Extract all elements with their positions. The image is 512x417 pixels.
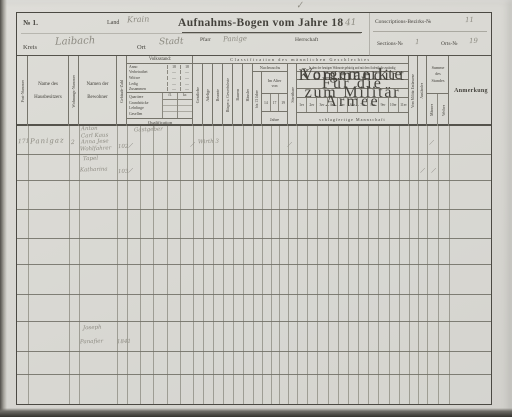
- grid-line-vertical: [213, 126, 214, 404]
- class-col-geistliche: Geistliche: [193, 64, 203, 126]
- entry-year: 1841: [117, 339, 131, 345]
- summe-block: Summe des Standes Männer Weiber: [427, 56, 449, 126]
- conscription-label: Conscriptions-Bezirks-№: [375, 19, 431, 25]
- form-title-wrap: Aufnahms-Bogen vom Jahre 18 41: [167, 15, 367, 30]
- tally-mark: ∕: [129, 166, 132, 175]
- nachwuchs-title: Nachwuchs: [260, 65, 280, 70]
- form-title: Aufnahms-Bogen vom Jahre 18: [178, 17, 344, 29]
- age-class: 4er: [328, 98, 338, 112]
- col-residents: Namen der Bewohner: [79, 56, 117, 126]
- money-col-kr: kr.: [178, 93, 192, 99]
- nachwuchs-ages: 14 17 19: [262, 94, 288, 112]
- volksstand-title: Volksstand:: [149, 57, 171, 62]
- classification-title: Classification des männlichen Geschlecht…: [230, 57, 371, 62]
- age-class: 5er: [338, 98, 348, 112]
- col-dwelling-number-label: Wohnungs-Nummer: [71, 75, 76, 108]
- scan-edge-left: [0, 0, 7, 417]
- year-value: 41: [344, 17, 356, 27]
- stat-value: —: [167, 70, 180, 74]
- class-col-adelige: Adelige: [203, 64, 213, 126]
- money-labels: Quartiere Grundstücke Lehrlinge Gesellen: [129, 95, 161, 118]
- grid-line-vertical: [358, 126, 359, 404]
- summe-title-cell: Summe des Standes: [427, 56, 449, 94]
- land-value: Krain: [127, 15, 150, 25]
- grid-line-horizontal: [17, 238, 491, 239]
- age-class-row: 1er 2er 3er 4er 5er 6er 7er 8er 9er 10er…: [297, 98, 409, 113]
- orts-value: 19: [469, 37, 478, 45]
- grid-line-vertical: [253, 126, 254, 404]
- stat-label: Anno: [127, 65, 167, 69]
- age-class: 2er: [307, 98, 317, 112]
- class-col-label: Beamte: [215, 89, 220, 101]
- age-class: 3er: [317, 98, 327, 112]
- summe-female-label: Weiber: [442, 105, 446, 116]
- grid-line-vertical: [399, 126, 400, 404]
- age-class: 1er: [297, 98, 307, 112]
- grid-line-vertical: [409, 126, 410, 404]
- entry-trade: Wirth 3: [198, 139, 219, 146]
- header-right-divider: [369, 13, 370, 56]
- grid-line-vertical: [368, 126, 369, 404]
- grid-line-vertical: [427, 126, 428, 404]
- age-class: 7er: [358, 98, 368, 112]
- nachwuchs-age: 14: [262, 94, 271, 111]
- age-class: 11er: [399, 98, 408, 112]
- grid-line-vertical: [438, 126, 439, 404]
- summe-title: Summe des Standes: [429, 65, 447, 84]
- conscription-underline: [373, 31, 487, 32]
- stat-row: Wittwe — —: [127, 75, 193, 81]
- tally-mark: ∕: [432, 166, 435, 175]
- age-class: 8er: [368, 98, 378, 112]
- nachwuchs-title-cell: Nachwuchs: [253, 64, 288, 72]
- ort-value: Stadt: [159, 37, 184, 48]
- land-label: Land: [107, 20, 119, 26]
- grid-line-vertical: [79, 126, 80, 404]
- stat-label: Zusammen: [127, 87, 167, 91]
- volksstand-block: Volksstand: Anno 18 18 Verheirathet — — …: [127, 56, 193, 126]
- mannschaft-label: schlagfertige Mannschaft: [319, 117, 385, 122]
- money-grid-line: [163, 111, 192, 112]
- money-grid-line: [177, 99, 178, 118]
- title-underline: [182, 32, 362, 33]
- col-residents-label: Namen der Bewohner: [82, 78, 114, 104]
- kreis-label: Kreis: [23, 44, 37, 51]
- money-table: fl. kr.: [162, 93, 192, 119]
- table-body: 171 Panigaz 2 Anton Carl Kaus Anna Jese …: [17, 126, 491, 404]
- col-building-number-label: Gebäude-Zahl: [119, 80, 124, 103]
- class-col-label: Geistliche: [195, 87, 200, 103]
- money-label: Gesellen: [129, 112, 161, 118]
- nachwuchs-sub-cell: Im Alter von: [262, 72, 288, 94]
- entry-resident: Anna Jese: [81, 139, 109, 146]
- grid-line-vertical: [449, 126, 450, 404]
- handwritten-checkmark: ✓: [295, 0, 304, 11]
- form-sheet: № 1. Land Krain Kreis Laibach Ort Stadt …: [16, 12, 492, 405]
- entry-resident: Tapel: [83, 156, 98, 163]
- kreis-value: Laibach: [55, 35, 96, 47]
- form-header: № 1. Land Krain Kreis Laibach Ort Stadt …: [17, 13, 491, 56]
- herrschaft-label: Herrschaft: [295, 37, 318, 43]
- grid-line-vertical: [69, 126, 70, 404]
- col-post-number: Post-Nummer: [17, 56, 28, 126]
- stat-value: —: [167, 76, 180, 80]
- anmerkung-col: Anmerkung: [449, 56, 493, 126]
- grid-line-vertical: [153, 126, 154, 404]
- col-dwelling-number: Wohnungs-Nummer: [69, 56, 79, 126]
- grid-line-vertical: [223, 126, 224, 404]
- classification-band: Classification des männlichen Geschlecht…: [193, 56, 409, 64]
- class-col-beamte: Beamte: [213, 64, 223, 126]
- stat-value: —: [180, 76, 193, 80]
- grid-line-vertical: [328, 126, 329, 404]
- entry-resident: Katharina: [80, 167, 108, 174]
- class-col-label: Bauern: [235, 89, 240, 101]
- summe-female-col: Weiber: [438, 94, 449, 126]
- grid-line-vertical: [297, 126, 298, 404]
- grid-line-vertical: [389, 126, 390, 404]
- scanned-census-form: ✓ № 1. Land Krain Kreis Laibach Ort Stad…: [0, 0, 512, 417]
- grid-line-vertical: [288, 126, 289, 404]
- grid-line-horizontal: [17, 374, 491, 375]
- grid-line-vertical: [271, 126, 272, 404]
- grid-line-horizontal: [17, 351, 491, 352]
- age-class: 10er: [389, 98, 399, 112]
- entry-resident: Panafier: [80, 339, 103, 346]
- grid-line-vertical: [28, 126, 29, 404]
- grid-line-vertical: [193, 126, 194, 404]
- nachwuchs-sub-label: Im Alter von: [265, 78, 285, 88]
- stat-value: —: [167, 87, 180, 91]
- tally-mark: ∕: [421, 166, 424, 175]
- stat-value: —: [180, 70, 193, 74]
- qualification-cell: Qualification: [127, 118, 193, 126]
- stat-row: Verheirathet — —: [127, 70, 193, 76]
- grid-line-horizontal: [17, 154, 491, 155]
- streitbare-label: Streitbare: [290, 87, 295, 103]
- money-col-fl: fl.: [163, 93, 178, 99]
- grid-line-vertical: [180, 126, 181, 404]
- grid-line-vertical: [262, 126, 263, 404]
- age-class: 9er: [379, 98, 389, 112]
- ort-label: Ort: [137, 44, 146, 51]
- grid-line-vertical: [307, 126, 308, 404]
- grid-line-vertical: [279, 126, 280, 404]
- nachwuchs-left-col: bis 13 Jahre: [253, 72, 262, 126]
- grid-line-horizontal: [17, 180, 491, 181]
- col-building-number: Gebäude-Zahl: [117, 56, 127, 126]
- nachwuchs-unit-cell: Jahre: [262, 112, 288, 126]
- grid-line-horizontal: [17, 264, 491, 265]
- stat-value: 18: [167, 65, 180, 69]
- qualification-label: Qualification: [148, 120, 172, 125]
- stat-label: Verheirathet: [127, 70, 167, 74]
- stat-value: 18: [180, 65, 193, 69]
- grid-line-vertical: [378, 126, 379, 404]
- sections-label: Sections-№: [377, 41, 403, 47]
- grid-line-vertical: [140, 126, 141, 404]
- sections-value: 1: [415, 38, 420, 46]
- entry-owner-no: 2: [71, 139, 75, 146]
- stat-value: —: [180, 82, 193, 86]
- summe-male-col: Männer: [427, 94, 438, 126]
- conscription-value: 11: [465, 16, 474, 24]
- stat-label: Ledig: [127, 82, 167, 86]
- header-divider: [21, 33, 361, 34]
- volksstand-stats: Anno 18 18 Verheirathet — — Wittwe — —: [127, 64, 193, 92]
- age-class: 6er: [348, 98, 358, 112]
- col-house-owner: Name des Hausbesitzers: [28, 56, 69, 126]
- class-col-label: Adelige: [205, 89, 210, 102]
- volksstand-title-cell: Volksstand:: [127, 56, 193, 64]
- class-col-label: Bürger u. Gewerbsleute: [226, 78, 230, 112]
- grid-line-vertical: [127, 126, 128, 404]
- nachwuchs-age: 19: [279, 94, 287, 111]
- scan-edge-bottom: [0, 408, 512, 417]
- entry-owner-name: Panigaz: [30, 136, 65, 145]
- anmerkung-label: Anmerkung: [454, 88, 488, 94]
- class-col-haeusler: Häusler: [243, 64, 253, 126]
- pfarr-label: Pfarr: [200, 37, 211, 43]
- entry-resident: Anton: [81, 126, 98, 132]
- stat-row: Anno 18 18: [127, 64, 193, 70]
- orts-label: Orts-№: [441, 41, 458, 47]
- col-post-number-label: Post-Nummer: [20, 80, 25, 102]
- entlassene-label: Vom Militär Entlassene: [411, 74, 415, 108]
- grid-line-vertical: [348, 126, 349, 404]
- grid-line-horizontal: [17, 294, 491, 295]
- stat-value: —: [167, 82, 180, 86]
- streitbare-col: Streitbare: [288, 64, 297, 126]
- entry-resident: Wohlfahrer: [80, 145, 111, 152]
- mannschaft-band: schlagfertige Mannschaft: [297, 113, 409, 126]
- summe-male-label: Männer: [430, 104, 434, 116]
- grid-line-vertical: [418, 126, 419, 404]
- class-col-label: Häusler: [245, 89, 250, 101]
- class-col-buerger: Bürger u. Gewerbsleute: [223, 64, 233, 126]
- stat-label: Wittwe: [127, 76, 167, 80]
- grid-line-vertical: [203, 126, 204, 404]
- grid-line-horizontal: [17, 209, 491, 210]
- grid-line-vertical: [243, 126, 244, 404]
- class-col-bauern: Bauern: [233, 64, 243, 126]
- grid-line-vertical: [338, 126, 339, 404]
- grid-line-horizontal: [17, 321, 491, 322]
- auslaender-label: Ausländer: [420, 83, 424, 99]
- nachwuchs-age: 17: [271, 94, 280, 111]
- col-house-owner-label: Name des Hausbesitzers: [31, 78, 65, 104]
- tally-mark: ∕: [430, 138, 433, 147]
- tally-mark: ∕: [129, 141, 132, 150]
- grid-line-vertical: [167, 126, 168, 404]
- money-grid-line: [163, 105, 192, 106]
- grid-line-vertical: [233, 126, 234, 404]
- grid-line-vertical: [117, 126, 118, 404]
- volksstand-money-box: Quartiere Grundstücke Lehrlinge Gesellen…: [127, 92, 193, 118]
- nachwuchs-unit: Jahre: [270, 117, 279, 122]
- stat-value: —: [180, 87, 193, 91]
- auslaender-col: Ausländer: [418, 56, 427, 126]
- form-number: № 1.: [23, 18, 38, 27]
- armee-band: Für die Armee: [297, 89, 409, 98]
- pfarr-value: Panige: [223, 35, 247, 44]
- entry-occupation: Gastgeber: [134, 126, 163, 133]
- table-header: Post-Nummer Name des Hausbesitzers Wohnu…: [17, 56, 491, 126]
- entry-resident: Joseph: [83, 325, 102, 332]
- nachwuchs-left-label: bis 13 Jahre: [255, 90, 259, 108]
- grid-line-vertical: [317, 126, 318, 404]
- entlassene-col: Vom Militär Entlassene: [409, 56, 418, 126]
- stat-row: Ledig — —: [127, 81, 193, 87]
